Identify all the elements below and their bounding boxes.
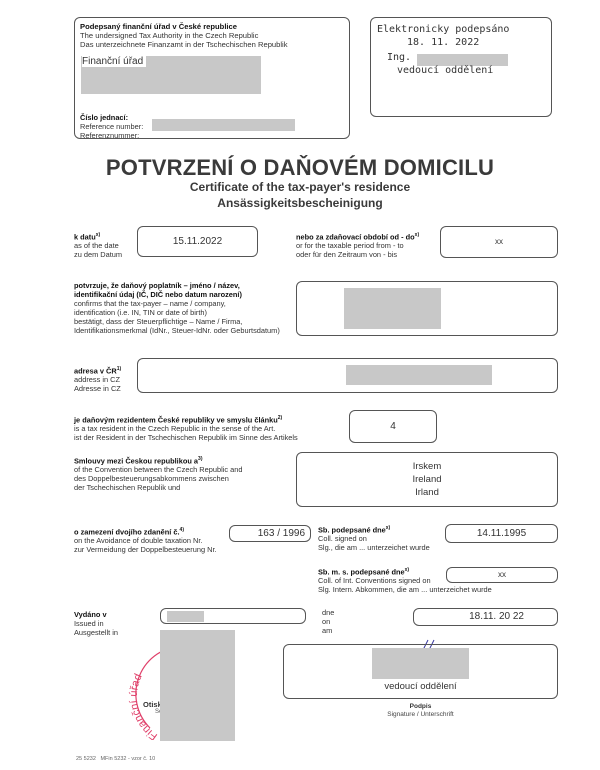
address-label-cz: adresa v ČR [74,366,117,375]
convention-value-cz: Irskem [296,461,558,473]
convention-label-de1: des Doppelbesteuerungsabkommens zwischen [74,474,242,483]
reference-number-redacted [152,119,295,131]
reference-label-de: Referenznummer: [80,131,143,140]
issued-in-label-de: Ausgestellt in [74,628,118,637]
document-title: POTVRZENÍ O DAŇOVÉM DOMICILU [0,155,600,181]
taxpayer-label-cz1: potvrzuje, že daňový poplatník – jméno /… [74,281,280,290]
resident-article-value: 4 [349,421,437,432]
convention-label-de2: der Tschechischen Republik und [74,483,242,492]
coll-int-signed-value: xx [446,570,558,579]
coll-signed-label-en: Coll. signed on [318,534,430,543]
document-subtitle-de: Ansässigkeitsbescheinigung [0,196,600,210]
address-footnote: 1) [117,366,121,372]
office-name-label: Finanční úřad [82,56,146,67]
stamp-imprint-label: Otisk [143,700,162,709]
signature-position: vedoucí oddělení [283,681,558,692]
signature-label-en-de: Signature / Unterschrift [283,711,558,718]
stamp-redacted [160,630,235,741]
convention-label-en1: of the Convention between the Czech Repu… [74,465,242,474]
double-taxation-label: o zamezení dvojího zdanění č.4) on the A… [74,526,217,554]
authority-title-cz: Podepsaný finanční úřad v České republic… [80,22,288,31]
convention-value-en: Ireland [296,474,558,486]
as-of-date-label: k datux) as of the date zu dem Datum [74,231,122,259]
address-label-de: Adresse in CZ [74,384,121,393]
taxable-period-label-en: or for the taxable period from - to [296,241,419,250]
taxpayer-label-en2: identification (i.e. IN, TIN or date of … [74,308,280,317]
taxpayer-label-en1: confirms that the tax-payer – name / com… [74,299,280,308]
coll-int-signed-label-de: Slg. Intern. Abkommen, die am ... unterz… [318,585,492,594]
address-label-en: address in CZ [74,375,121,384]
double-taxation-label-cz: o zamezení dvojího zdanění č. [74,527,180,536]
double-taxation-label-en: on the Avoidance of double taxation Nr. [74,536,217,545]
taxable-period-label-de: oder für den Zeitraum von - bis [296,250,419,259]
resident-article-label: je daňovým rezidentem České republiky ve… [74,414,298,442]
taxpayer-label: potvrzuje, že daňový poplatník – jméno /… [74,281,280,335]
as-of-date-footnote: x) [96,232,100,238]
authority-title-en: The undersigned Tax Authority in the Cze… [80,31,288,40]
address-redacted [346,365,492,385]
resident-article-footnote: 2) [278,415,282,421]
issued-in-label-en: Issued in [74,619,118,628]
issued-on-label-en: on [322,617,334,626]
reference-label-en: Reference number: [80,122,143,131]
taxpayer-redacted [344,288,441,329]
coll-int-signed-footnote: x) [405,567,409,573]
coll-signed-value: 14.11.1995 [445,528,558,539]
double-taxation-value: 163 / 1996 [229,528,309,539]
double-taxation-footnote: 4) [180,527,184,533]
reference-block: Číslo jednací: Reference number: Referen… [80,113,143,140]
resident-article-label-cz: je daňovým rezidentem České republiky ve… [74,415,278,424]
authority-title-de: Das unterzeichnete Finanzamt in der Tsch… [80,40,288,49]
as-of-date-label-cz: k datu [74,232,96,241]
issued-in-label-cz: Vydáno v [74,610,118,619]
taxable-period-label-cz: nebo za zdaňovací období od - do [296,232,415,241]
issued-on-label: dne on am [322,608,334,635]
as-of-date-label-en: as of the date [74,241,122,250]
resident-article-label-en: is a tax resident in the Czech Republic … [74,424,298,433]
convention-label: Smlouvy mezi Českou republikou a3) of th… [74,455,242,492]
form-code: 25 5232 MFin 5232 - vzor č. 10 [76,756,155,762]
authority-title: Podepsaný finanční úřad v České republic… [80,22,288,49]
e-signed-title: Ing. [387,52,411,63]
coll-signed-footnote: x) [386,525,390,531]
reference-label-cz: Číslo jednací: [80,113,143,122]
taxpayer-label-de2: Identifikationsmerkmal (IdNr., Steuer-Id… [74,326,280,335]
address-label: adresa v ČR1) address in CZ Adresse in C… [74,365,121,393]
coll-signed-label-de: Slg., die am ... unterzeichet wurde [318,543,430,552]
as-of-date-label-de: zu dem Datum [74,250,122,259]
convention-value-de: Irland [296,487,558,499]
e-signed-date: 18. 11. 2022 [407,37,479,48]
document-subtitle-en: Certificate of the tax-payer's residence [0,180,600,194]
as-of-date-value: 15.11.2022 [137,236,258,247]
taxable-period-footnote: x) [415,232,419,238]
resident-article-label-de: ist der Resident in der Tschechischen Re… [74,433,298,442]
taxable-period-label: nebo za zdaňovací období od - dox) or fo… [296,231,419,259]
issued-in-redacted [167,611,204,622]
e-signed-position: vedoucí oddělení [397,65,493,76]
issued-on-label-cz: dne [322,608,334,617]
taxpayer-label-de1: bestätigt, dass der Steuerpflichtige – N… [74,317,280,326]
e-signed-line: Elektronicky podepsáno [377,24,509,35]
issued-on-label-de: am [322,626,334,635]
taxable-period-value: xx [440,237,558,246]
issued-in-label: Vydáno v Issued in Ausgestellt in [74,610,118,637]
signature-name-redacted [372,648,469,679]
signature-label-cz: Podpis [283,703,558,710]
coll-signed-label-cz: Sb. podepsané dne [318,525,386,534]
taxpayer-label-cz2: identifikační údaj (IČ, DIČ nebo datum n… [74,290,280,299]
coll-signed-label: Sb. podepsané dnex) Coll. signed on Slg.… [318,524,430,552]
double-taxation-label-de: zur Vermeidung der Doppelbesteuerung Nr. [74,545,217,554]
convention-footnote: 3) [198,456,202,462]
issued-on-value: 18.11. 20 22 [413,611,558,622]
coll-int-signed-label-cz: Sb. m. s. podepsané dne [318,567,405,576]
convention-label-cz: Smlouvy mezi Českou republikou a [74,456,198,465]
